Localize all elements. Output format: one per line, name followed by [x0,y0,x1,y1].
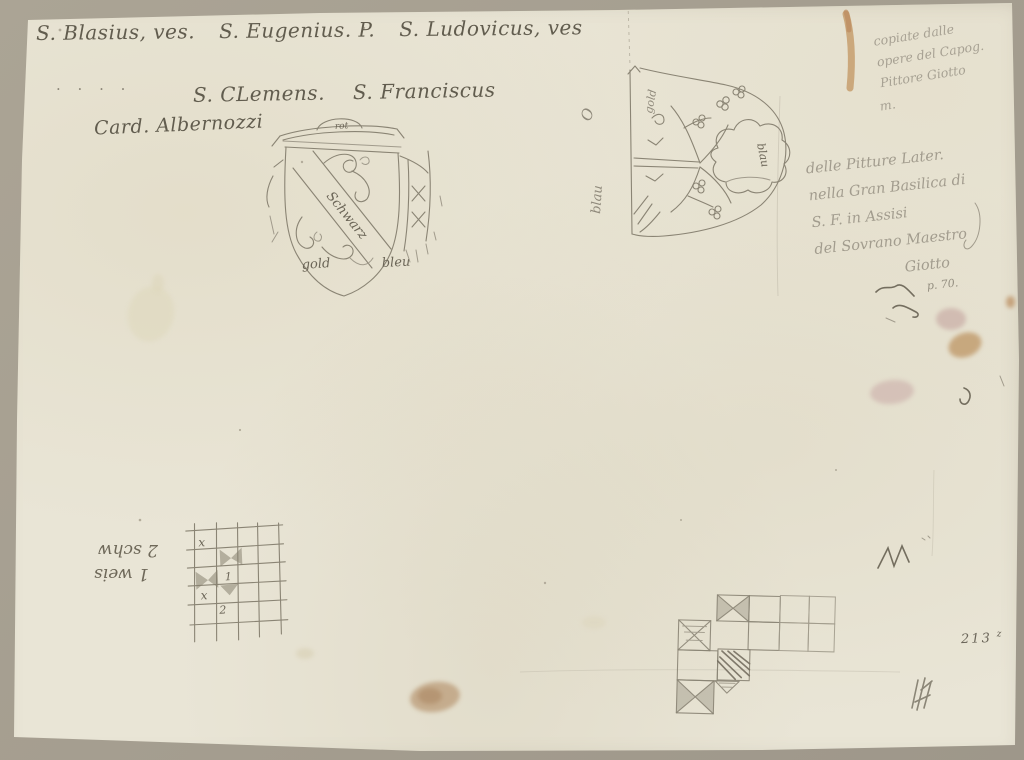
checker-cell [677,650,718,681]
scroll-lower-tail [350,258,373,265]
pencil-dots: · · · · [56,80,131,98]
scroll-upper-2 [352,171,369,202]
grid-mark-x1: x [198,535,206,549]
cloud-color-label: blau [754,142,772,168]
checker-cell [780,596,810,624]
note-top-right: copiate dalle opere del Capog. Pittore G… [872,14,992,116]
scroll-lower-curl [314,232,321,241]
mirrored-note-weis: 1 weis [94,564,149,584]
trefoil-3 [693,115,705,128]
bowtie-1-right [231,548,243,565]
note-right-block: delle Pitture Later. nella Gran Basilica… [805,140,977,305]
drawing-sheet: rot Schwarz gold bleu [0,0,1024,760]
root-strokes [634,196,652,224]
checker-cell [809,596,836,624]
scroll-upper-curl [360,157,369,164]
bowtie-1-left [220,549,232,566]
inscription-franciscus: S. Franciscus [353,78,496,104]
inscription-clemens: S. CLemens. [193,81,325,107]
dark-mark-right [960,388,970,404]
catalog-number-value: 213 [961,631,992,647]
checker-cell [748,622,780,651]
inscription-blasius: S. Blasius, ves. [36,19,195,45]
left-shield-sketch: rot Schwarz gold bleu [267,119,442,296]
bend-color-label: Schwarz [323,189,370,242]
crease-bottom-horizontal [520,670,900,672]
tassel-cord-right-3 [404,160,409,251]
shield2-inner-label: gold [642,88,659,114]
scroll-upper-1 [324,154,356,172]
grid-mark-x2: x [200,588,208,602]
w-squiggle-dots [922,536,930,540]
x-fill-3a [676,680,695,713]
checker-cell [808,623,835,652]
tassel-cord-left-2 [267,176,273,207]
bend-lower-line [293,168,372,268]
shield-top-edge [285,147,399,153]
triangle-mark [220,584,238,596]
tassel-left-marks [270,216,278,242]
tassel-cord-right-1 [400,156,428,173]
scroll-lower-1 [296,217,313,248]
stain-brown-stroke-tip [846,12,849,30]
x-fill-1b [733,595,750,621]
tassel-cord-right-2 [426,151,430,241]
tassel-marks [434,196,442,240]
squiggle-mark-3 [886,318,895,322]
mirrored-note-schw: 2 schw [98,540,158,560]
tassel-cord-left-1 [274,160,283,167]
grid-mark-1: 1 [225,570,233,583]
paper-freckles [59,27,837,584]
x-fill-3b [694,680,714,713]
field-color-right: bleu [381,255,410,271]
trefoil-5 [709,206,721,219]
tassel-knot-2 [412,212,425,227]
branch-right-up [700,125,728,163]
shield2-chief-edge [630,70,632,234]
x-lines-2 [678,620,711,651]
inscription-eugenius: S. Eugenius. P. [219,17,375,43]
crease-right-vertical [777,96,780,296]
x-fill-1a [717,595,734,621]
leaf-squiggle-2 [648,138,663,145]
field-color-left: gold [301,256,331,273]
galero-brim-bottom [283,132,394,140]
gray-mark-edge [1000,376,1004,386]
trefoil-1 [717,97,729,110]
tile-grid-left: x 1 x 2 [185,520,289,642]
diagonal-hatch-cell [717,651,750,680]
branch-down-right [688,196,713,207]
fold-crease-top [628,4,630,66]
catalog-number: 213z [961,629,1004,647]
branch-up [671,106,700,163]
checker-cell [779,623,809,652]
checker-cell [749,596,781,623]
crease-right-lower [932,470,934,556]
tile-pattern-right [676,593,835,717]
cloud-inner-line [726,177,770,182]
root-stroke-2 [640,212,660,232]
catalog-number-suffix: z [997,629,1004,639]
scanned-drawing: rot Schwarz gold bleu [0,0,1024,760]
squiggle-mark-2 [893,305,918,317]
dark-scribble-bottom [912,678,932,710]
bowtie-2-left [196,571,209,590]
leaf-squiggle-3 [646,174,663,181]
hat-color-label: rot [335,121,349,132]
right-shield-sketch: blau gold blau O [577,66,790,236]
shield2-outer-label: blau [589,185,606,215]
w-squiggle [878,546,909,568]
leaf-squiggle-1 [652,114,664,124]
tassel-ends [406,244,428,262]
inscription-ludovicus: S. Ludovicus, ves [399,15,583,41]
tassel-knot-1 [412,186,425,201]
shield2-outer-flourish: O [577,106,598,124]
grid-mark-2: 2 [218,603,227,616]
tree-trunk [634,158,699,168]
shield-top-edge-2 [283,141,401,147]
